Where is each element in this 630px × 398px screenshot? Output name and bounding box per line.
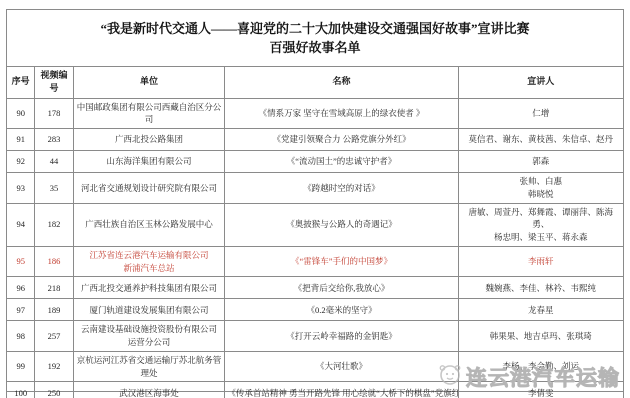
document-page: “我是新时代交通人——喜迎党的二十大加快建设交通强国好故事”宣讲比赛 百强好故事… — [0, 0, 630, 398]
table-row: 98 257 云南建设基础设施投资股份有限公司 运营分公司 《打开云岭幸福路的金… — [7, 321, 624, 352]
story-list-table: 序号 视频编号 单位 名称 宣讲人 90 178 中国邮政集团有限公司西藏自治区… — [6, 66, 624, 398]
cell-video-no: 178 — [35, 98, 73, 129]
cell-name: 《奥披猴与公路人的奇遇记》 — [225, 203, 458, 246]
cell-video-no: 182 — [35, 203, 73, 246]
cell-unit: 河北省交通规划设计研究院有限公司 — [73, 173, 225, 204]
cell-name: 《党建引领聚合力 公路党旗分外红》 — [225, 129, 458, 151]
cell-speaker: 龙春星 — [458, 299, 623, 321]
table-row: 100 250 武汉港区海事处 《传承首站精神 勇当开路先锋 用心绘就“大桥下的… — [7, 382, 624, 398]
cell-name: 《跨越时空的对话》 — [225, 173, 458, 204]
cell-video-no: 35 — [35, 173, 73, 204]
cell-no: 97 — [7, 299, 35, 321]
cell-unit: 广西北投公路集团 — [73, 129, 225, 151]
header-name: 名称 — [225, 66, 458, 98]
cell-no: 92 — [7, 151, 35, 173]
title-line-2: 百强好故事名单 — [27, 39, 603, 58]
cell-speaker: 魏婉燕、李佳、林衿、韦熙纯 — [458, 277, 623, 299]
cell-name: 《把背后交给你,我放心》 — [225, 277, 458, 299]
cell-speaker: 李倩雯 — [458, 382, 623, 398]
cell-unit: 广西壮族自治区玉林公路发展中心 — [73, 203, 225, 246]
cell-name: 《传承首站精神 勇当开路先锋 用心绘就“大桥下的棋盘”党旗红 — [225, 382, 458, 398]
cell-speaker: 张帅、白惠 韩晓悦 — [458, 173, 623, 204]
cell-unit: 广西北投交通养护科技集团有限公司 — [73, 277, 225, 299]
header-speaker: 宣讲人 — [458, 66, 623, 98]
cell-video-no: 189 — [35, 299, 73, 321]
cell-unit: 中国邮政集团有限公司西藏自治区分公司 — [73, 98, 225, 129]
cell-video-no: 192 — [35, 351, 73, 382]
cell-unit: 厦门轨道建设发展集团有限公司 — [73, 299, 225, 321]
cell-no: 96 — [7, 277, 35, 299]
cell-speaker: 韩果果、地吉卓玛、张琪琦 — [458, 321, 623, 352]
cell-no: 91 — [7, 129, 35, 151]
table-row: 93 35 河北省交通规划设计研究院有限公司 《跨越时空的对话》 张帅、白惠 韩… — [7, 173, 624, 204]
table-row-highlighted: 95 186 江苏省连云港汽车运输有限公司 新浦汽车总站 《“雷锋车”手们的中国… — [7, 246, 624, 277]
cell-speaker: 莫信君、谢东、黄枝茜、朱信卓、赵丹 — [458, 129, 623, 151]
cell-no: 90 — [7, 98, 35, 129]
cell-no: 98 — [7, 321, 35, 352]
header-no: 序号 — [7, 66, 35, 98]
table-row: 99 192 京杭运河江苏省交通运输厅苏北航务管理处 《大河壮歌》 李杨、李会勤… — [7, 351, 624, 382]
cell-video-no: 257 — [35, 321, 73, 352]
cell-speaker: 李雨轩 — [458, 246, 623, 277]
cell-speaker: 仁增 — [458, 98, 623, 129]
table-row: 94 182 广西壮族自治区玉林公路发展中心 《奥披猴与公路人的奇遇记》 唐敏、… — [7, 203, 624, 246]
cell-unit: 江苏省连云港汽车运输有限公司 新浦汽车总站 — [73, 246, 225, 277]
cell-no: 100 — [7, 382, 35, 398]
table-row: 96 218 广西北投交通养护科技集团有限公司 《把背后交给你,我放心》 魏婉燕… — [7, 277, 624, 299]
cell-video-no: 44 — [35, 151, 73, 173]
cell-video-no: 250 — [35, 382, 73, 398]
cell-name: 《0.2毫米的坚守》 — [225, 299, 458, 321]
cell-speaker: 李杨、李会勤、刘运 — [458, 351, 623, 382]
cell-speaker: 唐敏、周萱丹、郑舞霞、谭丽萍、陈海勇、 杨忠明、梁玉平、蒋永森 — [458, 203, 623, 246]
table-row: 97 189 厦门轨道建设发展集团有限公司 《0.2毫米的坚守》 龙春星 — [7, 299, 624, 321]
cell-unit: 云南建设基础设施投资股份有限公司 运营分公司 — [73, 321, 225, 352]
cell-video-no: 283 — [35, 129, 73, 151]
cell-name: 《大河壮歌》 — [225, 351, 458, 382]
cell-unit: 京杭运河江苏省交通运输厅苏北航务管理处 — [73, 351, 225, 382]
page-title: “我是新时代交通人——喜迎党的二十大加快建设交通强国好故事”宣讲比赛 百强好故事… — [7, 20, 623, 58]
table-row: 90 178 中国邮政集团有限公司西藏自治区分公司 《情系万家 坚守在雪域高原上… — [7, 98, 624, 129]
cell-name: 《情系万家 坚守在雪域高原上的绿衣使者 》 — [225, 98, 458, 129]
table-row: 91 283 广西北投公路集团 《党建引领聚合力 公路党旗分外红》 莫信君、谢东… — [7, 129, 624, 151]
header-video-no: 视频编号 — [35, 66, 73, 98]
header-unit: 单位 — [73, 66, 225, 98]
cell-name: 《“雷锋车”手们的中国梦》 — [225, 246, 458, 277]
cell-no: 93 — [7, 173, 35, 204]
cell-no: 99 — [7, 351, 35, 382]
cell-name: 《“流动国土”的忠诚守护者》 — [225, 151, 458, 173]
cell-unit: 山东海洋集团有限公司 — [73, 151, 225, 173]
table-row: 92 44 山东海洋集团有限公司 《“流动国土”的忠诚守护者》 郭森 — [7, 151, 624, 173]
cell-unit: 武汉港区海事处 — [73, 382, 225, 398]
cell-speaker: 郭森 — [458, 151, 623, 173]
cell-no: 94 — [7, 203, 35, 246]
page-frame: “我是新时代交通人——喜迎党的二十大加快建设交通强国好故事”宣讲比赛 百强好故事… — [6, 9, 624, 392]
cell-no: 95 — [7, 246, 35, 277]
title-line-1: “我是新时代交通人——喜迎党的二十大加快建设交通强国好故事”宣讲比赛 — [27, 20, 603, 39]
cell-video-no: 218 — [35, 277, 73, 299]
cell-name: 《打开云岭幸福路的金钥匙》 — [225, 321, 458, 352]
cell-video-no: 186 — [35, 246, 73, 277]
table-header-row: 序号 视频编号 单位 名称 宣讲人 — [7, 66, 624, 98]
